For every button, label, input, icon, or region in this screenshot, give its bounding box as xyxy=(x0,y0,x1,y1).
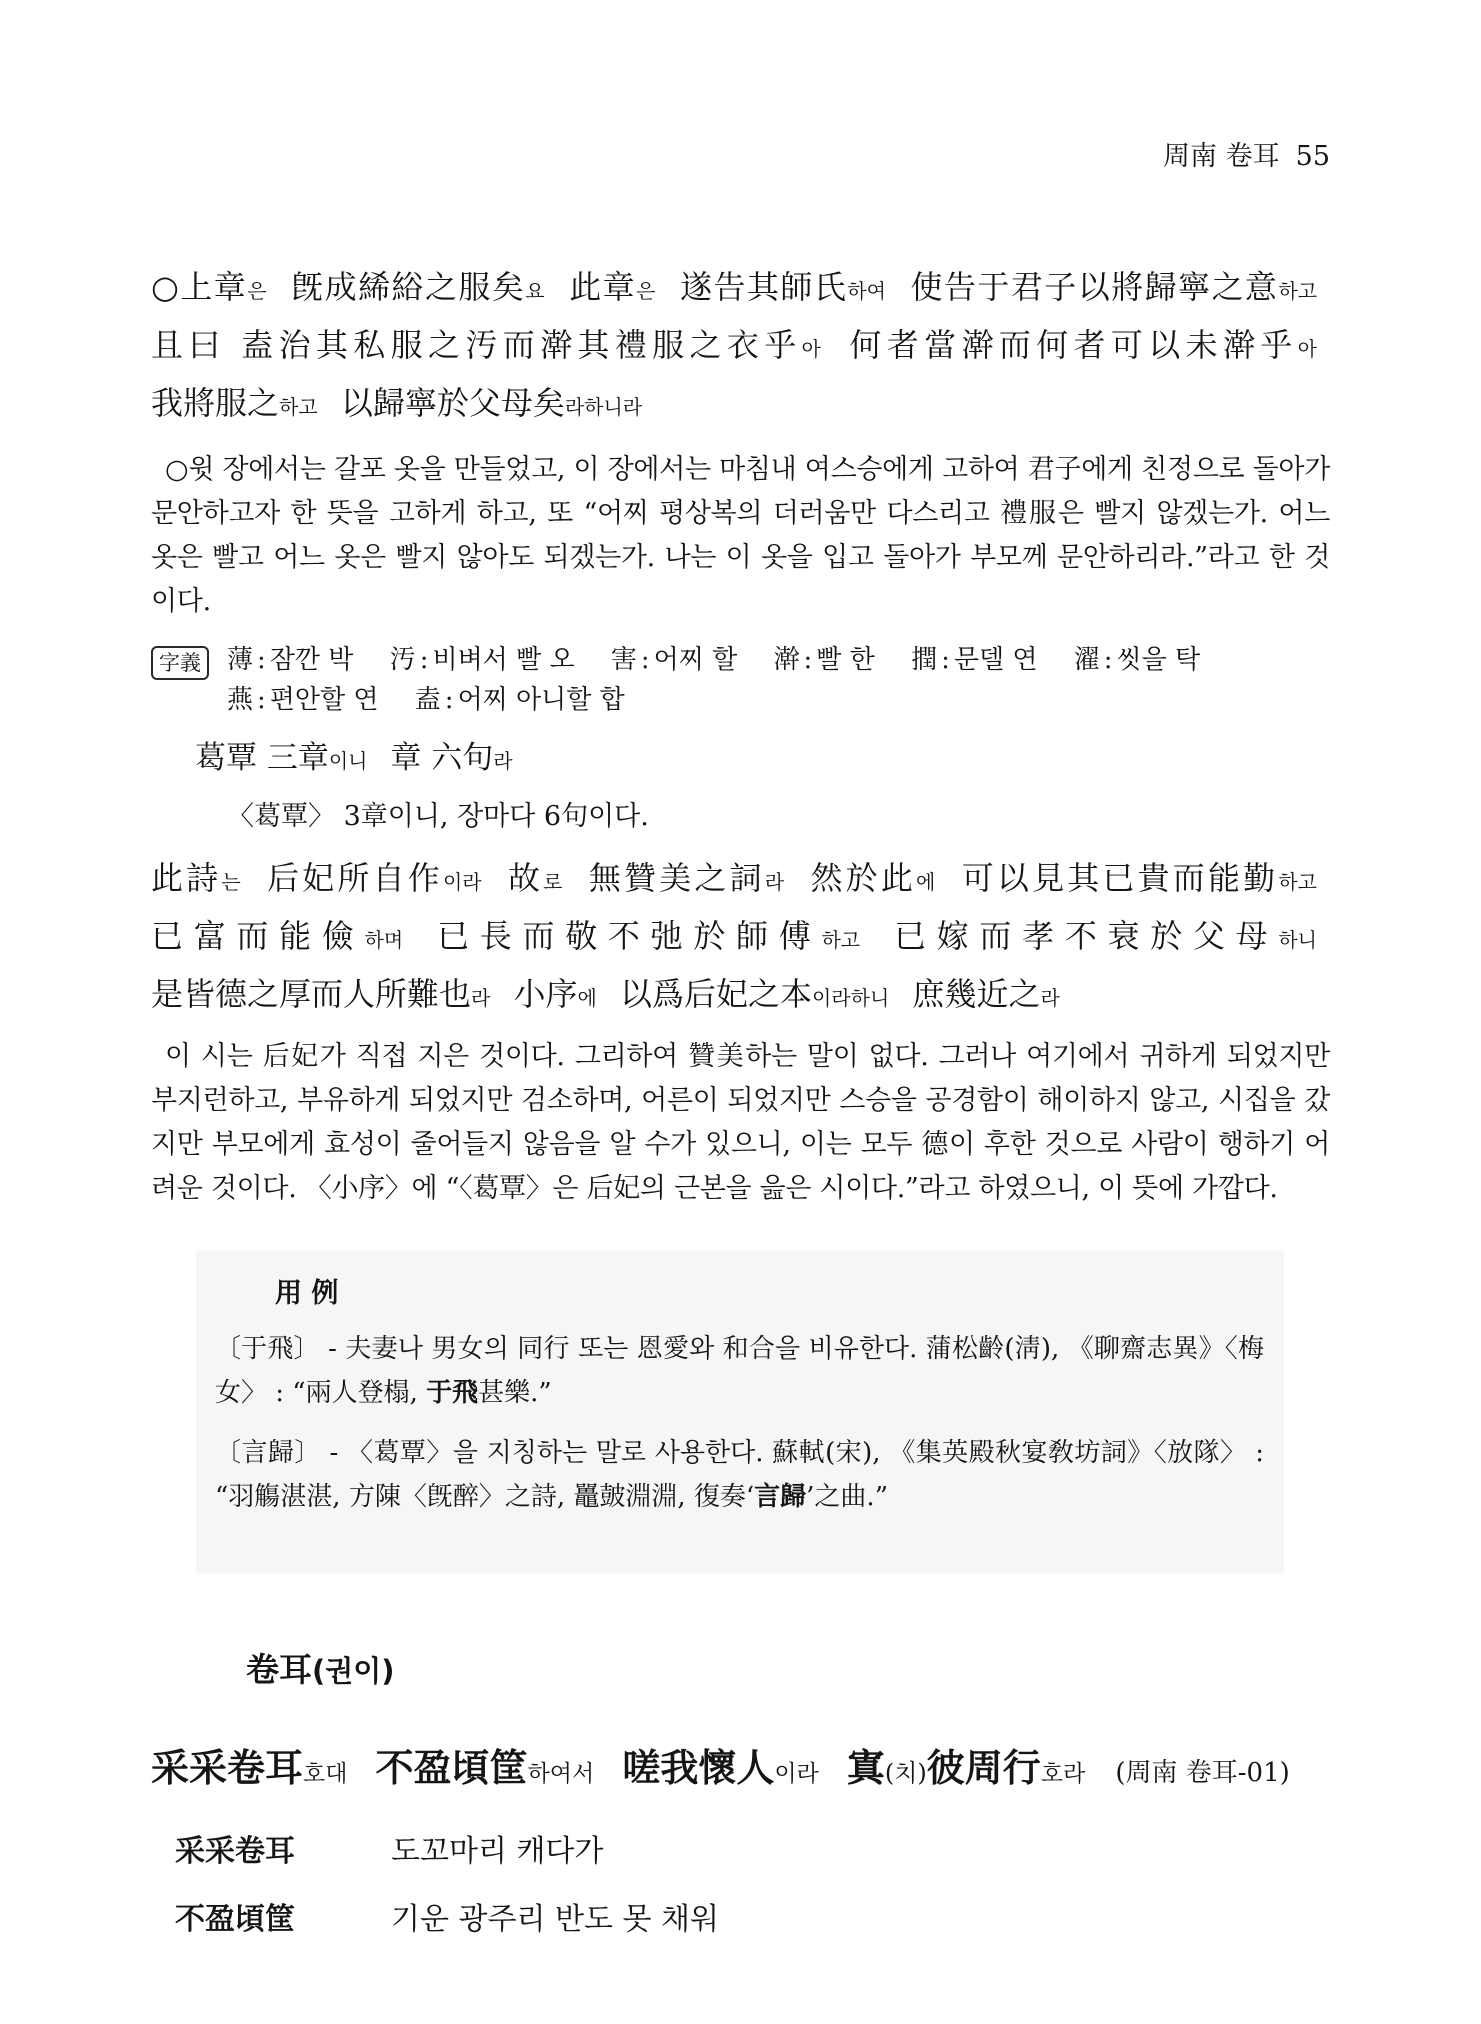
hanja-text: ○上章 xyxy=(151,268,247,306)
hanja-text: 已富而能儉 xyxy=(151,917,365,955)
verse-suffix: 호라 xyxy=(1041,1761,1085,1787)
hanja-text: 無贊美之詞 xyxy=(589,859,765,897)
hanja-text: 庶幾近之 xyxy=(913,975,1041,1013)
hanmun-segment: 故로 xyxy=(508,859,563,897)
jaui-colon: : xyxy=(937,645,954,675)
jaui-char: 濯 xyxy=(1074,645,1100,675)
hanmun-segment: 何者當澣而何者可以未澣乎아 xyxy=(849,326,1317,364)
commentary1-korean: ○윗 장에서는 갈포 옷을 만들었고, 이 장에서는 마침내 여스승에게 고하여… xyxy=(151,448,1330,624)
yongrye-text-tail: 甚樂.” xyxy=(478,1378,552,1408)
jaui-entry: 撋:문델 연 xyxy=(911,645,1037,675)
hangul-suffix: 라 xyxy=(765,870,784,894)
gloss-row: 采采卷耳 도꼬마리 캐다가 xyxy=(175,1830,1330,1874)
hanmun-segment: 后妃所自作이라 xyxy=(267,859,482,897)
hanmun-segment: 使告于君子以將歸寧之意하고 xyxy=(911,268,1317,306)
jaui-entry: 澣:빨 한 xyxy=(774,645,875,675)
gloss-korean: 도꼬마리 캐다가 xyxy=(391,1830,603,1874)
hanja-text: 使告于君子以將歸寧之意 xyxy=(911,268,1279,306)
galdam-hanmun: 葛覃 三章이니 章 六句라 xyxy=(195,738,1330,781)
jaui-colon: : xyxy=(1100,645,1117,675)
jaui-colon: : xyxy=(441,685,458,715)
commentary1-hanmun: ○上章은 旣成絺綌之服矣요 此章은 遂告其師氏하여 使告于君子以將歸寧之意하고 … xyxy=(151,260,1330,434)
jaui-entry: 濯:씻을 탁 xyxy=(1074,645,1200,675)
gloss-row: 不盈頃筐 기운 광주리 반도 못 채워 xyxy=(175,1898,1330,1942)
hangul-suffix: 라하니라 xyxy=(565,395,642,419)
jaui-rows: 薄:잠깐 박 汚:비벼서 빨 오 害:어찌 할 澣:빨 한 撋:문델 연 濯:씻… xyxy=(227,640,1200,720)
hanmun-segment: 可以見其已貴而能勤하고 xyxy=(962,859,1317,897)
jaui-colon: : xyxy=(253,685,270,715)
hangul-suffix: 로 xyxy=(543,870,562,894)
jaui-entry: 汚:비벼서 빨 오 xyxy=(390,645,575,675)
hanja-text: 遂告其師氏 xyxy=(680,268,847,306)
hanja-text: 已長而敬不弛於師傅 xyxy=(437,917,821,955)
hanmun-segment: 已富而能儉하며 xyxy=(151,917,403,955)
hangul-suffix: 이라하니 xyxy=(812,986,889,1010)
running-title: 周南 卷耳 xyxy=(1163,141,1280,172)
verse-hanja: 彼周行 xyxy=(927,1745,1041,1790)
poem-heading-hanja: 卷耳 xyxy=(246,1650,312,1689)
yongrye-bold-term: 言歸 xyxy=(754,1482,806,1512)
page-content: 周南 卷耳55 ○上章은 旣成絺綌之服矣요 此章은 遂告其師氏하여 使告于君子以… xyxy=(0,0,1481,1942)
jaui-entry: 燕:편안할 연 xyxy=(227,685,379,715)
jaui-char: 汚 xyxy=(390,645,416,675)
verse-segment: 寘(치)彼周行호라 xyxy=(847,1746,1085,1790)
hanmun-segment: 且曰 盍治其私服之汚而澣其禮服之衣乎아 xyxy=(151,326,821,364)
verse-hanja: 采采卷耳 xyxy=(151,1745,303,1790)
hangul-suffix: 이니 xyxy=(329,749,368,773)
hangul-suffix: 하니 xyxy=(1278,928,1317,952)
hanmun-segment: ○上章은 xyxy=(151,268,267,306)
jaui-meaning: 문델 연 xyxy=(954,645,1038,675)
yongrye-text: - 〈葛覃〉을 지칭하는 말로 사용한다. 蘇軾(宋), 《集英殿秋宴敎坊詞》〈… xyxy=(215,1438,1264,1512)
page-header: 周南 卷耳55 xyxy=(151,140,1330,174)
hanja-text: 然於此 xyxy=(810,859,916,897)
jaui-row: 薄:잠깐 박 汚:비벼서 빨 오 害:어찌 할 澣:빨 한 撋:문델 연 濯:씻… xyxy=(227,640,1200,680)
jaui-meaning: 어찌 할 xyxy=(654,645,738,675)
hanmun-segment: 旣成絺綌之服矣요 xyxy=(291,268,544,306)
verse-segments: 采采卷耳호대 不盈頃筐하여서 嗟我懷人이라 寘(치)彼周行호라 xyxy=(151,1746,1113,1790)
jaui-colon: : xyxy=(416,645,433,675)
jaui-entry: 害:어찌 할 xyxy=(611,645,737,675)
hangul-suffix: 하고 xyxy=(821,928,860,952)
hanmun-segment: 是皆德之厚而人所難也라 xyxy=(151,975,490,1013)
verse-hanja: 不盈頃筐 xyxy=(376,1745,528,1790)
poem-heading-reading: (권이) xyxy=(312,1654,395,1688)
hanja-text: 是皆德之厚而人所難也 xyxy=(151,975,471,1013)
hanmun-segment: 我將服之하고 xyxy=(151,384,318,422)
verse-segment: 嗟我懷人이라 xyxy=(622,1746,818,1790)
hanmun-segment: 此詩는 xyxy=(151,859,241,897)
hanja-text: 且曰 盍治其私服之汚而澣其禮服之衣乎 xyxy=(151,326,802,364)
hanja-text: 小序 xyxy=(514,975,578,1013)
verse-segment: 采采卷耳호대 xyxy=(151,1746,347,1790)
hanmun-segment: 章 六句라 xyxy=(390,740,512,776)
yongrye-bold-term: 于飛 xyxy=(426,1378,478,1408)
hanja-text: 可以見其已貴而能勤 xyxy=(962,859,1279,897)
jaui-char: 盍 xyxy=(415,685,441,715)
yongrye-entries: 〔于飛〕 - 夫妻나 男女의 同行 또는 恩愛와 和合을 비유한다. 蒲松齡(淸… xyxy=(215,1327,1264,1519)
hanmun-segment: 葛覃 三章이니 xyxy=(195,740,368,776)
hanmun-segment: 庶幾近之라 xyxy=(913,975,1060,1013)
yongrye-text: - 夫妻나 男女의 同行 또는 恩愛와 和合을 비유한다. 蒲松齡(淸), 《聊… xyxy=(215,1334,1264,1408)
hangul-suffix: 아 xyxy=(802,337,821,361)
verse-hanja: 嗟我懷人 xyxy=(622,1745,774,1790)
jaui-char: 澣 xyxy=(774,645,800,675)
hanmun-segment: 小序에 xyxy=(514,975,597,1013)
hangul-suffix: 에 xyxy=(578,986,597,1010)
hanmun-segment: 已嫁而孝不衰於父母하니 xyxy=(894,917,1317,955)
hanmun-segment: 無贊美之詞라 xyxy=(589,859,784,897)
gloss-hanja: 不盈頃筐 xyxy=(175,1898,391,1942)
verse-segment: 不盈頃筐하여서 xyxy=(376,1746,595,1790)
jaui-char: 燕 xyxy=(227,685,253,715)
jaui-meaning: 빨 한 xyxy=(816,645,875,675)
hanja-text: 此詩 xyxy=(151,859,221,897)
hangul-suffix: 아 xyxy=(1298,337,1317,361)
hangul-suffix: 라 xyxy=(493,749,512,773)
jaui-colon: : xyxy=(253,645,270,675)
hangul-suffix: 는 xyxy=(221,870,240,894)
jaui-entry: 薄:잠깐 박 xyxy=(227,645,353,675)
hangul-suffix: 요 xyxy=(525,279,544,303)
hangul-suffix: 에 xyxy=(916,870,935,894)
hanmun-segment: 已長而敬不弛於師傅하고 xyxy=(437,917,860,955)
jaui-char: 薄 xyxy=(227,645,253,675)
hanja-text: 旣成絺綌之服矣 xyxy=(291,268,525,306)
hangul-suffix: 은 xyxy=(636,279,655,303)
verse-hanja: 寘 xyxy=(847,1745,885,1790)
gloss-korean: 기운 광주리 반도 못 채워 xyxy=(391,1898,719,1942)
verse-suffix: 호대 xyxy=(303,1761,347,1787)
commentary2-korean: 이 시는 后妃가 직접 지은 것이다. 그리하여 贊美하는 말이 없다. 그러나… xyxy=(151,1035,1330,1211)
verse-suffix: 하여서 xyxy=(528,1761,595,1787)
yongrye-title: 用 例 xyxy=(275,1277,1264,1311)
hangul-suffix: 라 xyxy=(471,986,490,1010)
jaui-colon: : xyxy=(800,645,817,675)
jaui-char: 害 xyxy=(611,645,637,675)
jaui-char: 撋 xyxy=(911,645,937,675)
verse-source: (周南 卷耳-01) xyxy=(1115,1758,1289,1788)
jaui-colon: : xyxy=(637,645,654,675)
jaui-meaning: 잠깐 박 xyxy=(270,645,354,675)
hanja-text: 以歸寧於父母矣 xyxy=(341,384,565,422)
page-number: 55 xyxy=(1296,141,1330,172)
hangul-suffix: 하며 xyxy=(365,928,404,952)
hanja-text: 后妃所自作 xyxy=(267,859,443,897)
jaui-meaning: 비벼서 빨 오 xyxy=(432,645,574,675)
hanja-text: 以爲后妃之本 xyxy=(620,975,812,1013)
commentary2-hanmun: 此詩는 后妃所自作이라 故로 無贊美之詞라 然於此에 可以見其已貴而能勤하고 已… xyxy=(151,851,1330,1025)
hanja-text: 章 六句 xyxy=(390,740,493,776)
hanmun-segment: 此章은 xyxy=(569,268,655,306)
yongrye-entry: 〔于飛〕 - 夫妻나 男女의 同行 또는 恩愛와 和合을 비유한다. 蒲松齡(淸… xyxy=(215,1327,1264,1415)
jaui-meaning: 씻을 탁 xyxy=(1117,645,1201,675)
hanmun-segment: 以歸寧於父母矣라하니라 xyxy=(341,384,642,422)
jaui-entry: 盍:어찌 아니할 합 xyxy=(415,685,625,715)
jaui-meaning: 어찌 아니할 합 xyxy=(458,685,625,715)
verse-glosses: 采采卷耳 도꼬마리 캐다가 不盈頃筐 기운 광주리 반도 못 채워 xyxy=(175,1830,1330,1942)
hanmun-segment: 以爲后妃之本이라하니 xyxy=(620,975,889,1013)
poem-verse-line: 采采卷耳호대 不盈頃筐하여서 嗟我懷人이라 寘(치)彼周行호라 (周南 卷耳-0… xyxy=(151,1742,1330,1800)
hangul-suffix: 하고 xyxy=(279,395,318,419)
hanja-text: 已嫁而孝不衰於父母 xyxy=(894,917,1278,955)
hanja-text: 故 xyxy=(508,859,543,897)
hangul-suffix: 은 xyxy=(247,279,266,303)
jaui-label: 字義 xyxy=(151,646,209,680)
verse-suffix: 이라 xyxy=(774,1761,818,1787)
book-page: 周南 卷耳55 ○上章은 旣成絺綌之服矣요 此章은 遂告其師氏하여 使告于君子以… xyxy=(0,0,1481,2024)
poem-section-heading: 卷耳(권이) xyxy=(246,1649,1330,1692)
yongrye-term: 〔言歸〕 xyxy=(215,1438,321,1468)
hangul-suffix: 하고 xyxy=(1278,870,1317,894)
hanmun-segment: 然於此에 xyxy=(810,859,935,897)
yongrye-box: 用 例 〔于飛〕 - 夫妻나 男女의 同行 또는 恩愛와 和合을 비유한다. 蒲… xyxy=(196,1251,1284,1573)
gloss-hanja: 采采卷耳 xyxy=(175,1830,391,1874)
verse-reading-paren: (치) xyxy=(885,1759,927,1787)
hanja-text: 此章 xyxy=(569,268,636,306)
yongrye-entry: 〔言歸〕 - 〈葛覃〉을 지칭하는 말로 사용한다. 蘇軾(宋), 《集英殿秋宴… xyxy=(215,1431,1264,1519)
yongrye-text-tail: ’之曲.” xyxy=(806,1482,888,1512)
hangul-suffix: 라 xyxy=(1041,986,1060,1010)
jaui-meaning: 편안할 연 xyxy=(270,685,379,715)
galdam-korean: 〈葛覃〉 3章이니, 장마다 6句이다. xyxy=(227,797,1330,837)
hanja-text: 葛覃 三章 xyxy=(195,740,329,776)
hanmun-segment: 遂告其師氏하여 xyxy=(680,268,886,306)
hangul-suffix: 하여 xyxy=(847,279,886,303)
hangul-suffix: 이라 xyxy=(443,870,482,894)
hanja-text: 何者當澣而何者可以未澣乎 xyxy=(849,326,1297,364)
hangul-suffix: 하고 xyxy=(1278,279,1317,303)
yongrye-term: 〔于飛〕 xyxy=(215,1334,320,1364)
jaui-box: 字義 薄:잠깐 박 汚:비벼서 빨 오 害:어찌 할 澣:빨 한 撋:문델 연 xyxy=(151,640,1330,720)
jaui-row: 燕:편안할 연 盍:어찌 아니할 합 xyxy=(227,680,1200,720)
hanja-text: 我將服之 xyxy=(151,384,279,422)
